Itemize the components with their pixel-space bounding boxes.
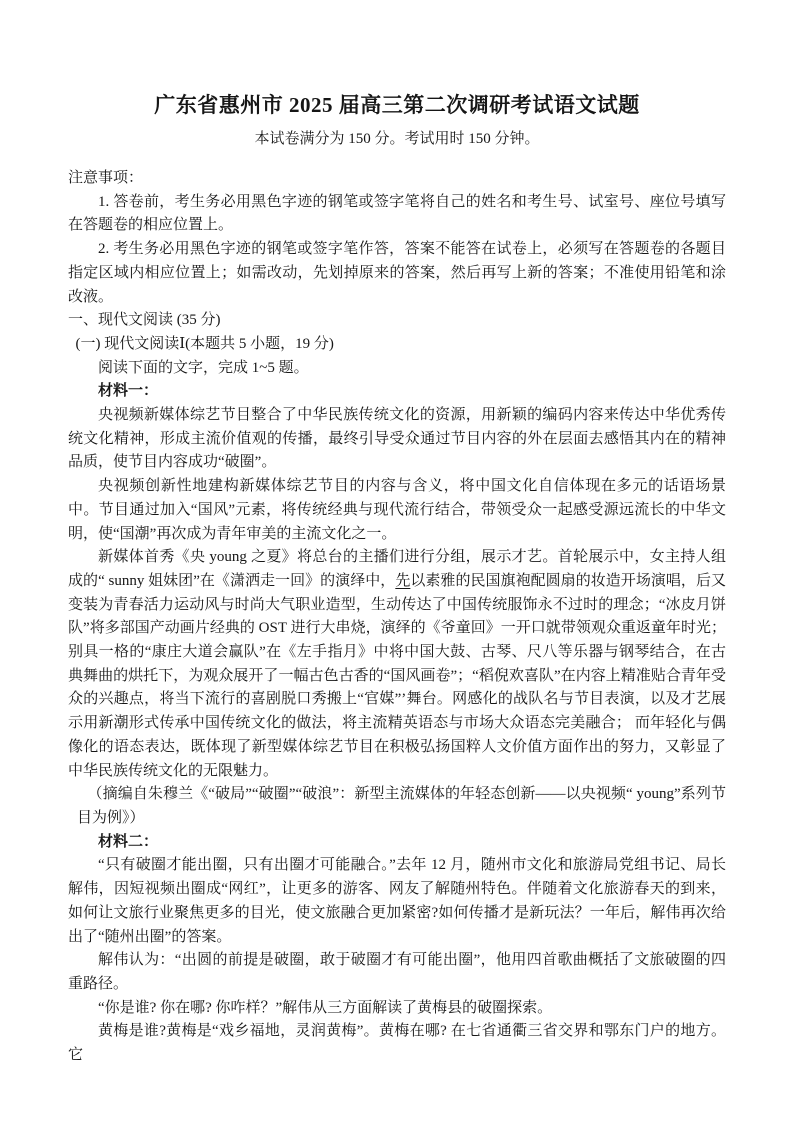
material1-paragraph-3-rest: 以素雅的民国旗袍配圆扇的妆造开场演唱，后又变装为青春活力运动风与时尚大气职业造型… (68, 573, 726, 779)
section-heading: 一、现代文阅读 (35 分) (68, 309, 726, 333)
exam-page: 广东省惠州市 2025 届高三第二次调研考试语文试题 本试卷满分为 150 分。… (0, 0, 793, 1121)
notice-item-1: 1. 答卷前，考生务必用黑色字迹的钢笔或签字笔将自己的姓名和考生号、试室号、座位… (68, 191, 726, 238)
underlined-char: 先 (395, 573, 410, 589)
exam-subtitle: 本试卷满分为 150 分。考试用时 150 分钟。 (68, 127, 726, 151)
material1-label: 材料一： (68, 380, 726, 404)
material1-paragraph-1: 央视频新媒体综艺节目整合了中华民族传统文化的资源，用新颖的编码内容来传达中华优秀… (68, 404, 726, 475)
notice-item-2: 2. 考生务必用黑色字迹的钢笔或签字笔作答，答案不能答在试卷上，必须写在答题卷的… (68, 238, 726, 309)
material1-paragraph-2: 央视频创新性地建构新媒体综艺节目的内容与含义，将中国文化自信体现在多元的话语场景… (68, 475, 726, 546)
material2-label: 材料二： (68, 831, 726, 855)
material2-paragraph-3: “你是谁? 你在哪? 你咋样？”解伟从三方面解读了黄梅县的破圈探索。 (68, 997, 726, 1021)
part-heading: (一) 现代文阅读Ⅰ(本题共 5 小题，19 分) (68, 333, 726, 357)
material2-paragraph-4: 黄梅是谁?黄梅是“戏乡福地，灵润黄梅”。黄梅在哪? 在七省通衢三省交界和鄂东门户… (68, 1020, 726, 1067)
notice-heading: 注意事项： (68, 167, 726, 191)
exam-content: 广东省惠州市 2025 届高三第二次调研考试语文试题 本试卷满分为 150 分。… (0, 0, 793, 1068)
material1-attribution: （摘编自朱穆兰《“破局”“破圈”“破浪”：新型主流媒体的年轻态创新——以央视频“… (77, 783, 726, 830)
material2-paragraph-2: 解伟认为：“出圆的前提是破圈，敢于破圈才有可能出圈”，他用四首歌曲概括了文旅破圈… (68, 949, 726, 996)
page-title: 广东省惠州市 2025 届高三第二次调研考试语文试题 (68, 90, 726, 120)
reading-instruction: 阅读下面的文字，完成 1~5 题。 (68, 357, 726, 381)
material2-paragraph-1: “只有破圈才能出圈，只有出圈才可能融合。”去年 12 月，随州市文化和旅游局党组… (68, 854, 726, 949)
material1-paragraph-3: 新媒体首秀《央 young 之夏》将总台的主播们进行分组，展示才艺。首轮展示中，… (68, 546, 726, 783)
